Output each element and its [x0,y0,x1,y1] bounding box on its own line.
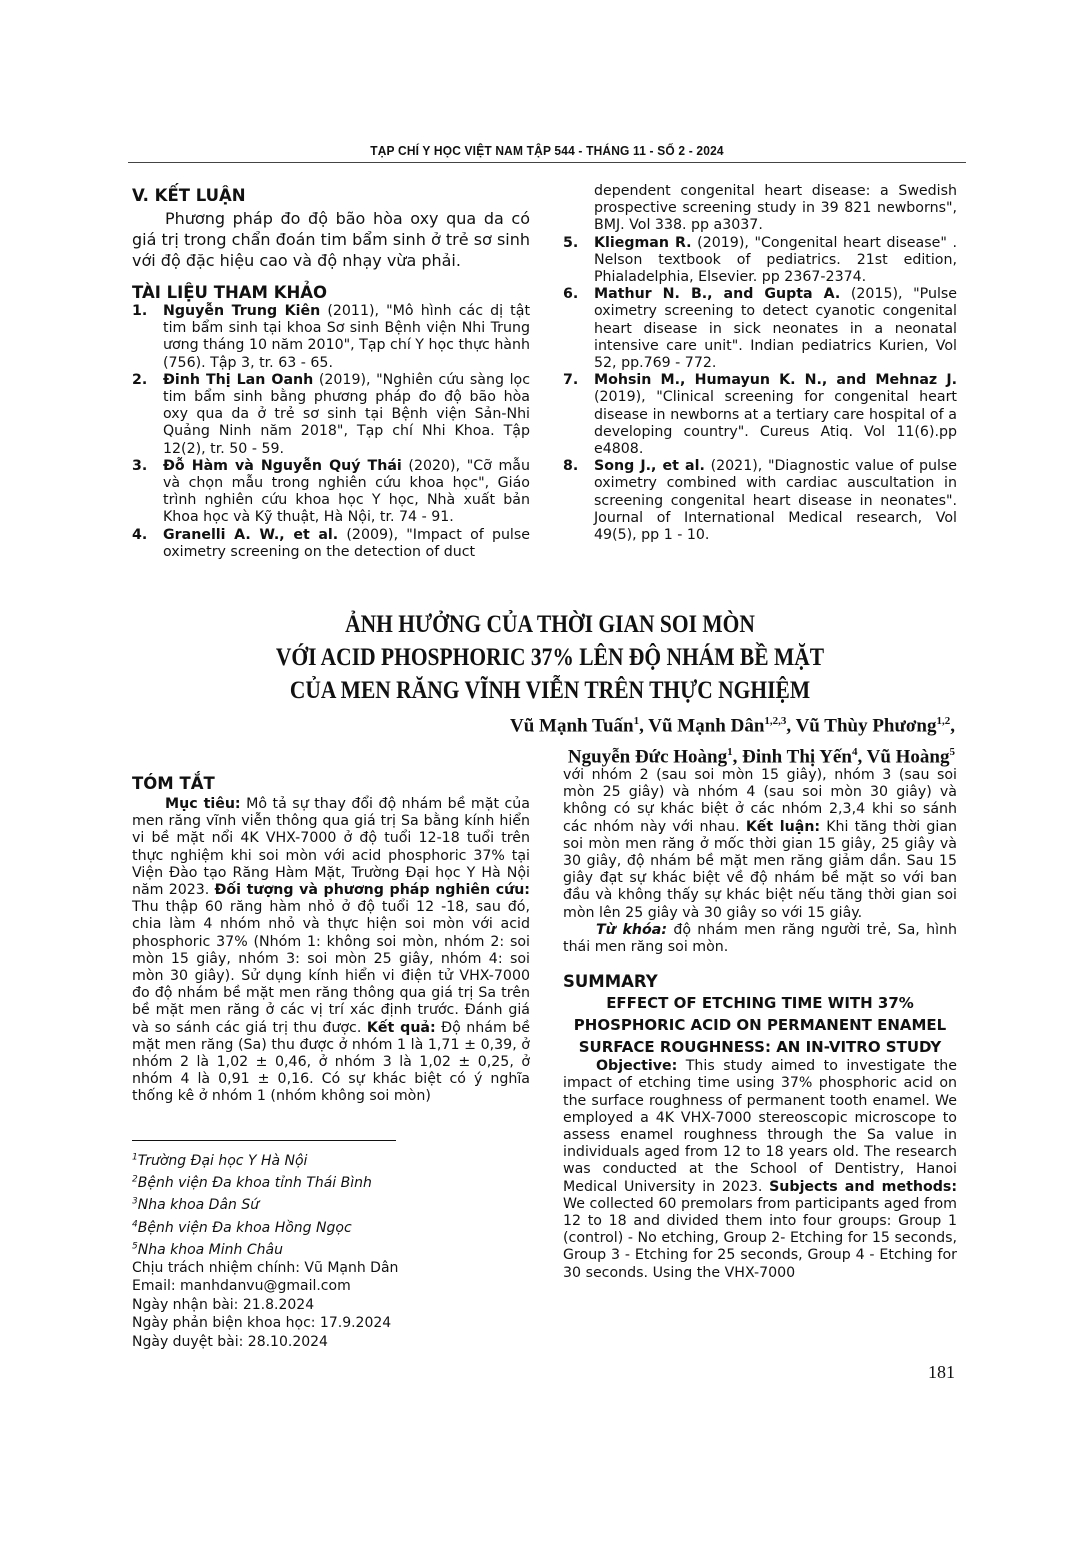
header-rule [128,162,966,163]
keywords: Từ khóa: độ nhám men răng người trẻ, Sa,… [563,922,957,956]
methods-label: Subjects and methods: [769,1179,957,1195]
keywords-label: Từ khóa: [596,922,667,938]
reviewed-date: Ngày phản biện khoa học: 17.9.2024 [132,1314,530,1332]
received-date: Ngày nhận bài: 21.8.2024 [132,1296,530,1314]
abstract-vi-body: Mục tiêu: Mô tả sự thay đổi độ nhám bề m… [132,796,530,1106]
reference-number: 5. [563,235,594,287]
reference-number: 8. [563,458,594,544]
author-affiliation: 1,2 [937,715,951,727]
footnotes: 1Trường Đại học Y Hà Nội 2Bệnh viện Đa k… [132,1140,530,1351]
author-affiliation: 5 [950,746,956,758]
author-name: Vũ Thùy Phương [796,715,937,736]
email: Email: manhdanvu@gmail.com [132,1277,530,1295]
reference-number: 7. [563,372,594,458]
top-left-column: V. KẾT LUẬN Phương pháp đo độ bão hòa ox… [132,186,530,561]
author-affiliation: 1,2,3 [764,715,786,727]
accepted-date: Ngày duyệt bài: 28.10.2024 [132,1333,530,1351]
reference-number: 6. [563,286,594,372]
abstract-en-body: Objective: This study aimed to investiga… [563,1058,957,1282]
abstract-vi-heading: TÓM TẮT [132,774,530,794]
summary-heading: SUMMARY [563,972,957,992]
reference-author: Song J., et al. [594,458,705,474]
conclusion-text: Phương pháp đo độ bão hòa oxy qua da có … [132,208,530,271]
footnote-rule [132,1140,396,1141]
abstract-en-column: với nhóm 2 (sau soi mòn 15 giây), nhóm 3… [563,767,957,1282]
reference-item: 8. Song J., et al. (2021), "Diagnostic v… [563,458,957,544]
reference-author: Đinh Thị Lan Oanh [163,372,313,388]
affiliation: 1Trường Đại học Y Hà Nội [132,1149,530,1171]
authors-line-2: Nguyễn Đức Hoàng1, Đinh Thị Yến4, Vũ Hoà… [510,739,955,770]
reference-continuation: dependent congenital heart disease: a Sw… [563,183,957,235]
reference-item: 3. Đỗ Hàm và Nguyễn Quý Thái (2020), "Cỡ… [132,458,530,527]
reference-author: Kliegman R. [594,235,692,251]
affiliation: 4Bệnh viện Đa khoa Hồng Ngọc [132,1215,530,1237]
reference-number: 4. [132,527,163,561]
article-title: ẢNH HƯỞNG CỦA THỜI GIAN SOI MÒN VỚI ACID… [249,608,851,707]
reference-text: dependent congenital heart disease: a Sw… [594,183,957,235]
reference-number: 2. [132,372,163,458]
reference-author: Mathur N. B., and Gupta A. [594,286,840,302]
page-number: 181 [928,1362,955,1383]
author-name: Vũ Hoàng [867,747,950,768]
reference-author: Mohsin M., Humayun K. N., and Mehnaz J. [594,372,957,388]
objective-label: Mục tiêu: [165,796,241,812]
reference-author: Đỗ Hàm và Nguyễn Quý Thái [163,458,402,474]
reference-author: Granelli A. W., et al. [163,527,338,543]
reference-item: 4. Granelli A. W., et al. (2009), "Impac… [132,527,530,561]
objective-label: Objective: [596,1058,677,1074]
affiliation: 5Nha khoa Minh Châu [132,1237,530,1259]
references-heading: TÀI LIỆU THAM KHẢO [132,283,530,303]
summary-title: EFFECT OF ETCHING TIME WITH 37% PHOSPHOR… [563,992,957,1058]
title-line: ẢNH HƯỞNG CỦA THỜI GIAN SOI MÒN [249,608,851,641]
conclusion-label: Kết luận: [746,819,820,835]
abstract-vi-continuation: với nhóm 2 (sau soi mòn 15 giây), nhóm 3… [563,767,957,922]
reference-text: (2019), "Clinical screening for congenit… [594,389,957,457]
corresponding-author: Chịu trách nhiệm chính: Vũ Mạnh Dân [132,1259,530,1277]
author-list: Vũ Mạnh Tuấn1, Vũ Mạnh Dân1,2,3, Vũ Thùy… [510,708,955,771]
reference-item: 5. Kliegman R. (2019), "Congenital heart… [563,235,957,287]
reference-number: 1. [132,303,163,372]
results-label: Kết quả: [367,1020,436,1036]
reference-item: 6. Mathur N. B., and Gupta A. (2015), "P… [563,286,957,372]
title-line: VỚI ACID PHOSPHORIC 37% LÊN ĐỘ NHÁM BỀ M… [249,641,851,674]
author-name: Vũ Mạnh Tuấn [510,715,634,736]
reference-number: 3. [132,458,163,527]
author-name: Nguyễn Đức Hoàng [568,747,727,768]
authors-line-1: Vũ Mạnh Tuấn1, Vũ Mạnh Dân1,2,3, Vũ Thùy… [510,708,955,739]
abstract-vi-column: TÓM TẮT Mục tiêu: Mô tả sự thay đổi độ n… [132,774,530,1351]
reference-item: 1. Nguyễn Trung Kiên (2011), "Mô hình cá… [132,303,530,372]
top-right-column: dependent congenital heart disease: a Sw… [563,183,957,544]
methods-label: Đối tượng và phương pháp nghiên cứu: [215,882,530,898]
author-name: Vũ Mạnh Dân [648,715,764,736]
title-line: CỦA MEN RĂNG VĨNH VIỄN TRÊN THỰC NGHIỆM [249,674,851,707]
running-header: TẠP CHÍ Y HỌC VIỆT NAM TẬP 544 - THÁNG 1… [162,143,933,158]
author-name: Đinh Thị Yến [742,747,852,768]
reference-item: 2. Đinh Thị Lan Oanh (2019), "Nghiên cứu… [132,372,530,458]
affiliation: 2Bệnh viện Đa khoa tỉnh Thái Bình [132,1171,530,1193]
reference-item: 7. Mohsin M., Humayun K. N., and Mehnaz … [563,372,957,458]
reference-author: Nguyễn Trung Kiên [163,303,320,319]
affiliation: 3Nha khoa Dân Sứ [132,1193,530,1215]
conclusion-heading: V. KẾT LUẬN [132,186,530,206]
